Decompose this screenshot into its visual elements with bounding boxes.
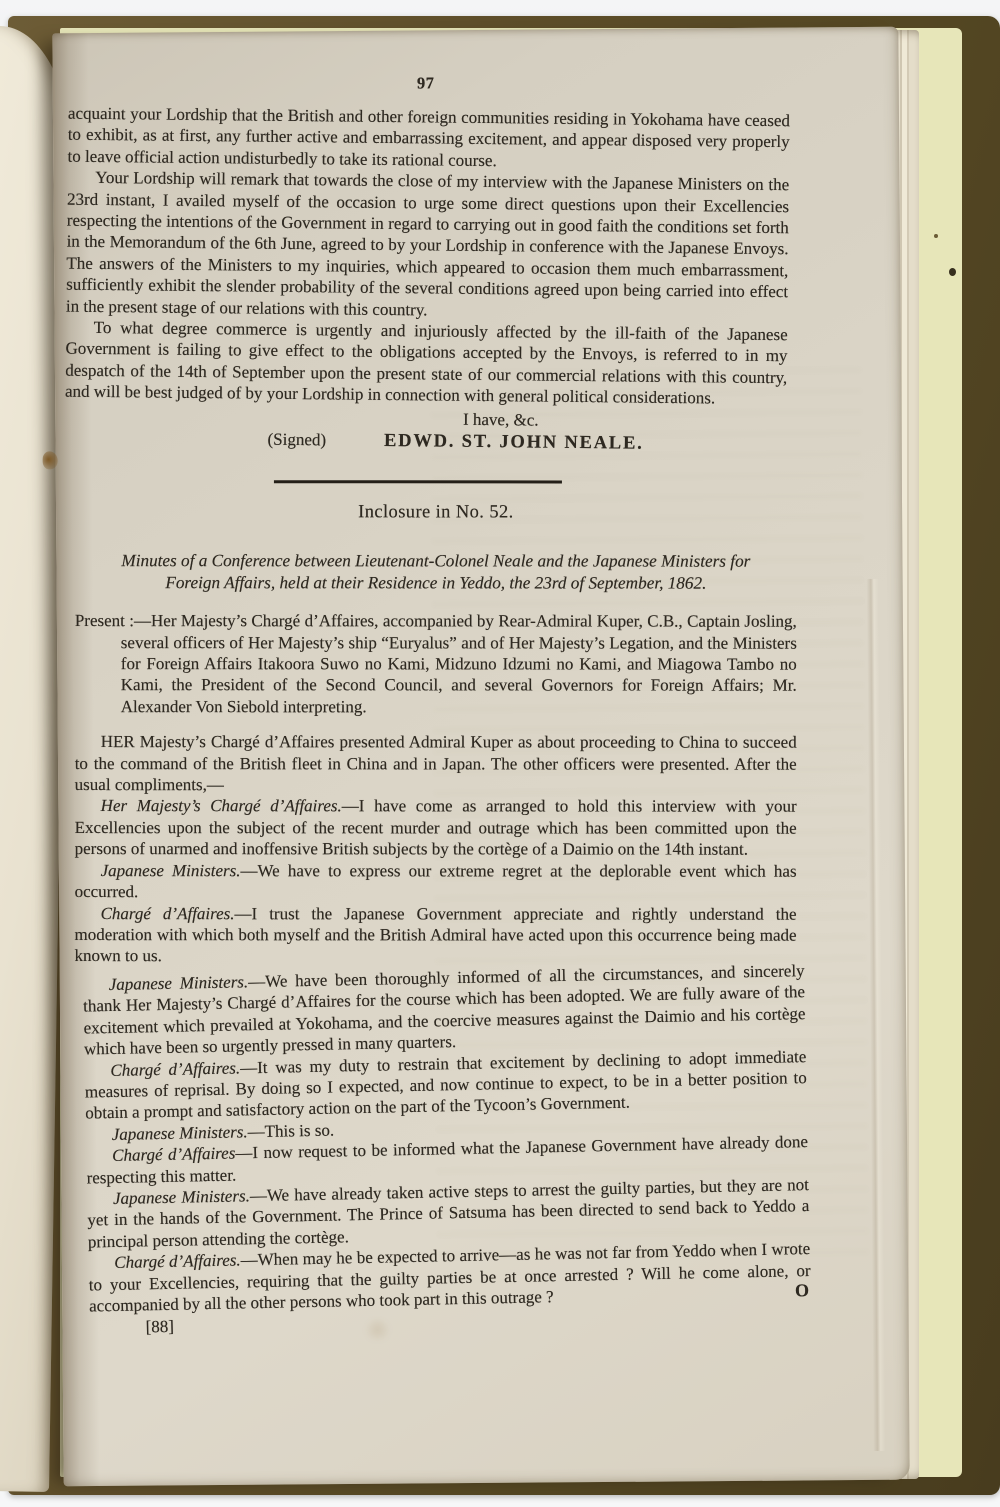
press-figure: O	[795, 1280, 809, 1302]
letter-section: acquaint your Lordship that the British …	[64, 103, 790, 457]
inclosure-heading: Inclosure in No. 52.	[75, 502, 797, 524]
stain-speck	[934, 234, 938, 238]
speaker-name: Japanese Ministers.	[112, 1122, 248, 1144]
speaker-name: Chargé d’Affaires.	[114, 1250, 241, 1272]
letter-paragraph: Your Lordship will remark that towards t…	[66, 167, 790, 324]
dialogue-paragraph: Her Majesty’s Chargé d’Affaires.—I have …	[75, 795, 797, 860]
speaker-name: Japanese Ministers.	[109, 972, 249, 994]
speaker-name: Her Majesty’s Chargé d’Affaires.	[101, 796, 342, 815]
speaker-name: Japanese Ministers.	[113, 1186, 250, 1208]
dialogue-text: —This is so.	[247, 1120, 334, 1141]
dialogue-paragraph: Japanese Ministers.—We have to express o…	[75, 860, 797, 903]
dialogue-paragraph: Chargé d’Affaires.—I trust the Japanese …	[75, 902, 797, 967]
signature-name: EDWD. ST. JOHN NEALE.	[384, 431, 644, 455]
page-number: 97	[65, 70, 787, 97]
letter-paragraph: To what degree commerce is urgently and …	[65, 317, 788, 410]
photo-backdrop: 97 acquaint your Lordship that the Briti…	[0, 0, 1000, 1507]
dialogue-section: Japanese Ministers.—We have been thoroug…	[83, 960, 812, 1338]
inclosure-section: Inclosure in No. 52. Minutes of a Confer…	[75, 480, 797, 967]
present-text: Her Majesty’s Chargé d’Affaires, accompa…	[121, 611, 797, 716]
speaker-name: Chargé d’Affaires	[112, 1143, 236, 1164]
section-divider-rule	[274, 480, 562, 483]
page-content: 97 acquaint your Lordship that the Briti…	[52, 27, 909, 1487]
book-page: 97 acquaint your Lordship that the Briti…	[52, 27, 909, 1487]
speaker-name: Japanese Ministers.	[101, 861, 241, 880]
minutes-title: Minutes of a Conference between Lieutena…	[100, 550, 772, 593]
speaker-name: Chargé d’Affaires.	[110, 1058, 240, 1080]
opening-paragraph: HER Majesty’s Chargé d’Affaires presente…	[75, 731, 797, 796]
letter-paragraph: acquaint your Lordship that the British …	[67, 103, 790, 175]
present-label: Present :—	[75, 611, 151, 630]
signed-label: (Signed)	[267, 429, 326, 451]
present-paragraph: Present :—Her Majesty’s Chargé d’Affaire…	[75, 610, 797, 718]
dialogue-paragraph: Japanese Ministers.—We have been thoroug…	[83, 960, 807, 1060]
speaker-name: Chargé d’Affaires.	[101, 903, 235, 922]
stain-speck	[949, 268, 956, 276]
